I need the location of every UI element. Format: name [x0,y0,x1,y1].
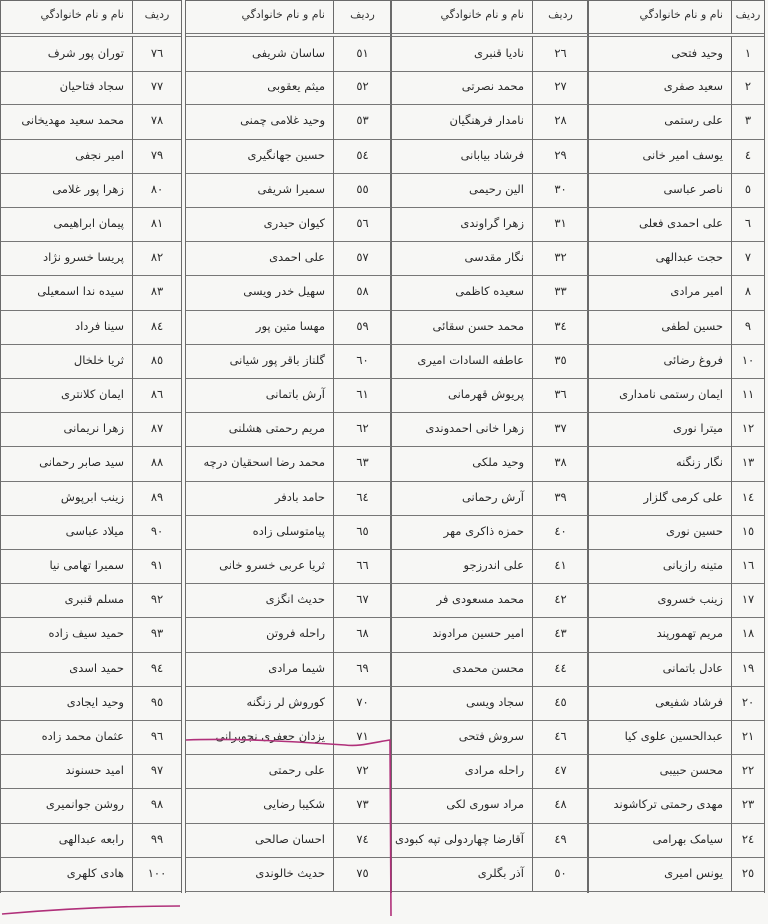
row-number: ٧٩ [132,139,181,173]
row-number: ١٤ [731,481,764,515]
person-name: محمد نصرتی [391,70,532,104]
table-row: ٢١عبدالحسین علوی کیا [588,720,764,755]
header-full-name: نام و نام خانوادگي [391,1,532,33]
row-number: ٣٢ [532,241,588,275]
row-number: ٥٠ [532,857,588,891]
table-row: ٩٤حمید اسدی [1,652,181,687]
row-number: ٥٧ [333,241,391,275]
person-name: سروش فتحی [391,720,532,754]
table-row: ٦علی احمدی فعلی [588,207,764,242]
person-name: آرش رحمانی [391,481,532,515]
table-header-row: ردیفنام و نام خانوادگي [588,1,764,34]
table-row: ٧٦توران پور شرف [1,36,181,72]
person-name: زینب ابرپوش [1,481,132,515]
person-name: علی احمدی [186,241,333,275]
person-name: حدیث خالوندی [186,857,333,891]
table-row: ٦٤حامد بادفر [186,481,391,516]
table-row: ٩٠میلاد عباسی [1,515,181,550]
row-number: ٧٨ [132,104,181,138]
table-row: ٢٢محسن حبیبی [588,754,764,789]
person-name: رابعه عبدالهی [1,823,132,857]
person-name: ساسان شریفی [186,37,333,71]
person-name: وحید فتحی [588,37,731,71]
name-table-block-4: ردیفنام و نام خانوادگي٧٦توران پور شرف٧٧س… [0,0,182,893]
row-number: ٥٥ [333,173,391,207]
table-row: ٨٨سید صابر رحمانی [1,446,181,481]
person-name: سهیل خدر ویسی [186,275,333,309]
row-number: ٦٨ [333,617,391,651]
table-row: ٥٢میثم یعقوبی [186,70,391,105]
header-full-name: نام و نام خانوادگي [588,1,731,33]
table-row: ٤یوسف امیر خانی [588,139,764,174]
row-number: ٥٦ [333,207,391,241]
person-name: حمزه ذاکری مهر [391,515,532,549]
table-row: ٥٦کیوان حیدری [186,207,391,242]
row-number: ١٥ [731,515,764,549]
row-number: ٨٤ [132,310,181,344]
row-number: ٤٦ [532,720,588,754]
row-number: ٢٤ [731,823,764,857]
table-row: ١٩عادل باتمانی [588,652,764,687]
row-number: ١٠ [731,344,764,378]
person-name: زهرا خانی احمدوندی [391,412,532,446]
person-name: عاطفه السادات امیری [391,344,532,378]
name-table-block-3: ردیفنام و نام خانوادگي٥١ساسان شریفی٥٢میث… [185,0,392,893]
table-header-row: ردیفنام و نام خانوادگي [1,1,181,34]
person-name: سمیرا تهامی نیا [1,549,132,583]
row-number: ١٨ [731,617,764,651]
person-name: سعیده کاظمی [391,275,532,309]
row-number: ٣٦ [532,378,588,412]
header-row-number: ردیف [532,1,588,33]
table-row: ٤٠حمزه ذاکری مهر [391,515,588,550]
row-number: ٩٦ [132,720,181,754]
person-name: علی رحمتی [186,754,333,788]
header-full-name: نام و نام خانوادگي [186,1,333,33]
row-number: ٤٢ [532,583,588,617]
row-number: ٤٨ [532,788,588,822]
table-row: ٦٥پیامتوسلی زاده [186,515,391,550]
table-row: ٦٧حدیث انگزی [186,583,391,618]
table-row: ٣٨وحید ملکی [391,446,588,481]
row-number: ٦٣ [333,446,391,480]
table-row: ١٧زینب خسروی [588,583,764,618]
table-row: ٢٨نامدار فرهنگیان [391,104,588,139]
row-number: ٧٥ [333,857,391,891]
row-number: ٦٤ [333,481,391,515]
person-name: مهسا متین پور [186,310,333,344]
table-header-row: ردیفنام و نام خانوادگي [186,1,391,34]
table-row: ٧٣شکیبا رضایی [186,788,391,823]
row-number: ٩١ [132,549,181,583]
person-name: حدیث انگزی [186,583,333,617]
row-number: ٤٩ [532,823,588,857]
table-row: ٤٩آقارضا چهاردولی تپه کبودی [391,823,588,858]
row-number: ٨٠ [132,173,181,207]
table-row: ٥٩مهسا متین پور [186,310,391,345]
table-row: ١٤علی کرمی گلزار [588,481,764,516]
table-row: ٨٧زهرا نریمانی [1,412,181,447]
row-number: ٦ [731,207,764,241]
row-number: ٦٠ [333,344,391,378]
row-number: ١ [731,37,764,71]
row-number: ٢٨ [532,104,588,138]
person-name: وحید ملکی [391,446,532,480]
row-number: ٦٢ [333,412,391,446]
table-row: ٥٤حسین جهانگیری [186,139,391,174]
table-row: ٣٩آرش رحمانی [391,481,588,516]
person-name: نگار زنگنه [588,446,731,480]
person-name: مراد سوری لکی [391,788,532,822]
table-row: ١٢میترا نوری [588,412,764,447]
person-name: مسلم قنبری [1,583,132,617]
person-name: پیمان ابراهیمی [1,207,132,241]
row-number: ٥٨ [333,275,391,309]
table-row: ٦٠گلناز باقر پور شیانی [186,344,391,379]
table-row: ٧٧سجاد فتاحیان [1,70,181,105]
person-name: میثم یعقوبی [186,70,333,104]
table-row: ٦٦ثریا عربی خسرو خانی [186,549,391,584]
person-name: یوسف امیر خانی [588,139,731,173]
table-row: ٢٩فرشاد بیابانی [391,139,588,174]
person-name: سمیرا شریفی [186,173,333,207]
table-row: ٣علی رستمی [588,104,764,139]
table-row: ١وحید فتحی [588,36,764,72]
table-row: ١٥حسین نوری [588,515,764,550]
table-row: ١٦متینه رازیانی [588,549,764,584]
row-number: ٧٤ [333,823,391,857]
row-number: ٢٥ [731,857,764,891]
person-name: محسن حبیبی [588,754,731,788]
row-number: ٣٣ [532,275,588,309]
table-row: ١١ایمان رستمی نامداری [588,378,764,413]
person-name: سیده ندا اسمعیلی [1,275,132,309]
table-header-row: ردیفنام و نام خانوادگي [391,1,588,34]
person-name: وحید ایجادی [1,686,132,720]
table-row: ٦٣محمد رضا اسحقیان درچه [186,446,391,481]
row-number: ٨٢ [132,241,181,275]
table-row: ٤٣امیر حسین مرادوند [391,617,588,652]
person-name: سید صابر رحمانی [1,446,132,480]
row-number: ٢٩ [532,139,588,173]
person-name: ثریا عربی خسرو خانی [186,549,333,583]
row-number: ٤١ [532,549,588,583]
row-number: ٨٦ [132,378,181,412]
table-row: ٦٩شیما مرادی [186,652,391,687]
person-name: روشن جوانمیری [1,788,132,822]
table-row: ٧٨محمد سعید مهدیخانی [1,104,181,139]
row-number: ٩٨ [132,788,181,822]
person-name: سجاد فتاحیان [1,70,132,104]
row-number: ٧ [731,241,764,275]
table-row: ١٣نگار زنگنه [588,446,764,481]
row-number: ١٢ [731,412,764,446]
table-row: ٣٥عاطفه السادات امیری [391,344,588,379]
table-row: ٣١زهرا گراوندی [391,207,588,242]
person-name: ایمان رستمی نامداری [588,378,731,412]
table-row: ٥٧علی احمدی [186,241,391,276]
row-number: ٥١ [333,37,391,71]
person-name: راحله مرادی [391,754,532,788]
person-name: یزدان جعفری نجوبرانی [186,720,333,754]
person-name: امیر مرادی [588,275,731,309]
person-name: کوروش لر زنگنه [186,686,333,720]
row-number: ٢٧ [532,70,588,104]
table-row: ٩٢مسلم قنبری [1,583,181,618]
row-number: ٩٠ [132,515,181,549]
person-name: حسین نوری [588,515,731,549]
person-name: حجت عبدالهی [588,241,731,275]
row-number: ٤٠ [532,515,588,549]
name-table-block-2: ردیفنام و نام خانوادگي٢٦نادیا قنبری٢٧محم… [390,0,589,893]
table-row: ٤٤محسن محمدی [391,652,588,687]
table-row: ٣٦پریوش قهرمانی [391,378,588,413]
table-row: ٨٥ثریا خلخال [1,344,181,379]
table-row: ٧٢علی رحمتی [186,754,391,789]
person-name: زهرا پور غلامی [1,173,132,207]
table-row: ٢٤سیامک بهرامی [588,823,764,858]
table-row: ٥٨سهیل خدر ویسی [186,275,391,310]
person-name: یونس امیری [588,857,731,891]
person-name: حسین لطفی [588,310,731,344]
person-name: مریم تهمورپند [588,617,731,651]
person-name: محمد مسعودی فر [391,583,532,617]
row-number: ٧٦ [132,37,181,71]
row-number: ٨٨ [132,446,181,480]
person-name: نگار مقدسی [391,241,532,275]
person-name: محمد رضا اسحقیان درچه [186,446,333,480]
person-name: حمید اسدی [1,652,132,686]
table-row: ٧١یزدان جعفری نجوبرانی [186,720,391,755]
row-number: ٤٥ [532,686,588,720]
header-row-number: ردیف [333,1,391,33]
row-number: ٤٤ [532,652,588,686]
row-number: ٩٤ [132,652,181,686]
table-row: ٢٠فرشاد شفیعی [588,686,764,721]
row-number: ٤ [731,139,764,173]
table-row: ٩٨روشن جوانمیری [1,788,181,823]
row-number: ١٧ [731,583,764,617]
table-row: ٧حجت عبدالهی [588,241,764,276]
row-number: ١٩ [731,652,764,686]
row-number: ٣٨ [532,446,588,480]
person-name: توران پور شرف [1,37,132,71]
row-number: ٥٩ [333,310,391,344]
row-number: ٣١ [532,207,588,241]
person-name: مهدی رحمتی ترکاشوند [588,788,731,822]
row-number: ٧٠ [333,686,391,720]
row-number: ٢٣ [731,788,764,822]
table-row: ٣٣سعیده کاظمی [391,275,588,310]
person-name: نادیا قنبری [391,37,532,71]
row-number: ٧٣ [333,788,391,822]
header-row-number: ردیف [132,1,181,33]
person-name: نامدار فرهنگیان [391,104,532,138]
person-name: عادل باتمانی [588,652,731,686]
person-name: ایمان کلانتری [1,378,132,412]
row-number: ١٦ [731,549,764,583]
row-number: ٣٧ [532,412,588,446]
person-name: عثمان محمد زاده [1,720,132,754]
table-row: ٩٩رابعه عبدالهی [1,823,181,858]
person-name: متینه رازیانی [588,549,731,583]
row-number: ٦١ [333,378,391,412]
table-row: ٨١پیمان ابراهیمی [1,207,181,242]
row-number: ٩٥ [132,686,181,720]
table-row: ٣٧زهرا خانی احمدوندی [391,412,588,447]
table-row: ٦١آرش باتمانی [186,378,391,413]
table-row: ٨٠زهرا پور غلامی [1,173,181,208]
person-name: علی کرمی گلزار [588,481,731,515]
person-name: محسن محمدی [391,652,532,686]
row-number: ٢٢ [731,754,764,788]
row-number: ٥٢ [333,70,391,104]
table-row: ٥٥سمیرا شریفی [186,173,391,208]
row-number: ٩٣ [132,617,181,651]
table-row: ٩٦عثمان محمد زاده [1,720,181,755]
table-row: ٩٥وحید ایجادی [1,686,181,721]
roster-sheet: ردیفنام و نام خانوادگي١وحید فتحی٢سعید صف… [0,0,768,924]
row-number: ٢١ [731,720,764,754]
table-row: ٦٢مریم رحمتی هشلنی [186,412,391,447]
table-row: ٣٤محمد حسن سقائی [391,310,588,345]
person-name: علی اندرزجو [391,549,532,583]
table-row: ٢٥یونس امیری [588,857,764,892]
header-row-number: ردیف [731,1,764,33]
table-row: ٨امیر مرادی [588,275,764,310]
row-number: ٥ [731,173,764,207]
table-row: ٦٨راحله فروتن [186,617,391,652]
person-name: سجاد ویسی [391,686,532,720]
person-name: سعید صفری [588,70,731,104]
row-number: ٣٥ [532,344,588,378]
person-name: زینب خسروی [588,583,731,617]
person-name: فرشاد شفیعی [588,686,731,720]
row-number: ٨٧ [132,412,181,446]
person-name: علی رستمی [588,104,731,138]
person-name: زهرا گراوندی [391,207,532,241]
person-name: فروغ رضائی [588,344,731,378]
row-number: ٦٥ [333,515,391,549]
table-row: ٧٠کوروش لر زنگنه [186,686,391,721]
row-number: ٣٩ [532,481,588,515]
table-row: ٩٣حمید سیف زاده [1,617,181,652]
table-row: ٥٠آذر بگلری [391,857,588,892]
table-row: ١٠فروغ رضائی [588,344,764,379]
row-number: ٧٢ [333,754,391,788]
table-row: ٢٣مهدی رحمتی ترکاشوند [588,788,764,823]
row-number: ٨٣ [132,275,181,309]
row-number: ٣٤ [532,310,588,344]
row-number: ٣٠ [532,173,588,207]
row-number: ٤٣ [532,617,588,651]
person-name: سینا فرداد [1,310,132,344]
table-row: ٩١سمیرا تهامی نیا [1,549,181,584]
person-name: امیر نجفی [1,139,132,173]
person-name: محمد حسن سقائی [391,310,532,344]
person-name: میلاد عباسی [1,515,132,549]
person-name: محمد سعید مهدیخانی [1,104,132,138]
row-number: ٥٤ [333,139,391,173]
table-row: ٤٧راحله مرادی [391,754,588,789]
person-name: زهرا نریمانی [1,412,132,446]
person-name: سیامک بهرامی [588,823,731,857]
table-row: ٤٦سروش فتحی [391,720,588,755]
table-row: ٩حسین لطفی [588,310,764,345]
person-name: حسین جهانگیری [186,139,333,173]
table-row: ٤١علی اندرزجو [391,549,588,584]
person-name: شکیبا رضایی [186,788,333,822]
person-name: وحید غلامی چمنی [186,104,333,138]
table-row: ٢سعید صفری [588,70,764,105]
table-row: ٩٧امید حسنوند [1,754,181,789]
person-name: گلناز باقر پور شیانی [186,344,333,378]
table-row: ١٨مریم تهمورپند [588,617,764,652]
table-row: ٤٥سجاد ویسی [391,686,588,721]
table-row: ٨٩زینب ابرپوش [1,481,181,516]
table-row: ١٠٠هادی کلهری [1,857,181,892]
row-number: ٥٣ [333,104,391,138]
row-number: ٨٩ [132,481,181,515]
row-number: ١٠٠ [132,857,181,891]
table-row: ٧٥حدیث خالوندی [186,857,391,892]
person-name: شیما مرادی [186,652,333,686]
table-row: ٥١ساسان شریفی [186,36,391,72]
person-name: ناصر عباسی [588,173,731,207]
person-name: فرشاد بیابانی [391,139,532,173]
row-number: ٧١ [333,720,391,754]
person-name: امید حسنوند [1,754,132,788]
row-number: ١١ [731,378,764,412]
table-row: ٢٦نادیا قنبری [391,36,588,72]
person-name: پیامتوسلی زاده [186,515,333,549]
person-name: مریم رحمتی هشلنی [186,412,333,446]
row-number: ٢٠ [731,686,764,720]
row-number: ٦٦ [333,549,391,583]
table-row: ٨٢پریسا خسرو نژاد [1,241,181,276]
person-name: آذر بگلری [391,857,532,891]
row-number: ٦٩ [333,652,391,686]
row-number: ١٣ [731,446,764,480]
table-row: ٣٢نگار مقدسی [391,241,588,276]
person-name: حمید سیف زاده [1,617,132,651]
row-number: ٢٦ [532,37,588,71]
row-number: ٨٥ [132,344,181,378]
row-number: ٢ [731,70,764,104]
person-name: حامد بادفر [186,481,333,515]
person-name: علی احمدی فعلی [588,207,731,241]
person-name: هادی کلهری [1,857,132,891]
person-name: راحله فروتن [186,617,333,651]
table-row: ٧٤احسان صالحی [186,823,391,858]
row-number: ٩٧ [132,754,181,788]
person-name: میترا نوری [588,412,731,446]
person-name: آرش باتمانی [186,378,333,412]
table-row: ٤٨مراد سوری لکی [391,788,588,823]
person-name: آقارضا چهاردولی تپه کبودی [391,823,532,857]
table-row: ٢٧محمد نصرتی [391,70,588,105]
person-name: پریوش قهرمانی [391,378,532,412]
row-number: ٨١ [132,207,181,241]
row-number: ٩ [731,310,764,344]
table-row: ٨٤سینا فرداد [1,310,181,345]
row-number: ٩٩ [132,823,181,857]
table-row: ٤٢محمد مسعودی فر [391,583,588,618]
table-row: ٧٩امیر نجفی [1,139,181,174]
row-number: ٧٧ [132,70,181,104]
row-number: ٦٧ [333,583,391,617]
table-row: ٨٣سیده ندا اسمعیلی [1,275,181,310]
